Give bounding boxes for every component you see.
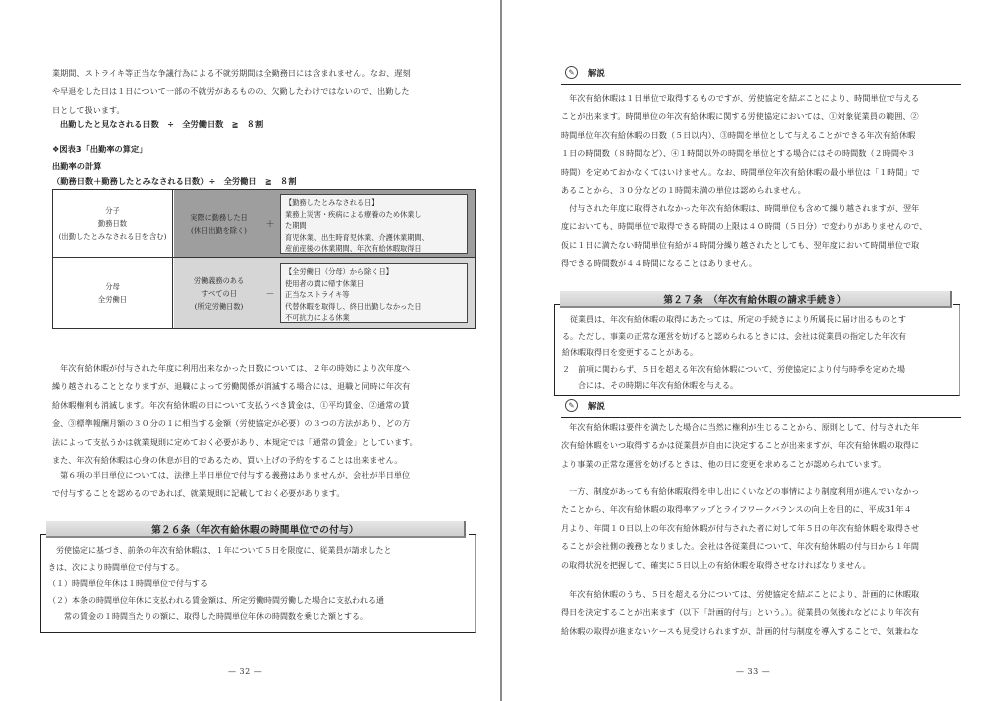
request-rights-paragraph: 年次有給休暇は要件を満たした場合に当然に権利が生じることから、原則として、付与さ… — [561, 418, 919, 473]
middle-line: すべての日 — [201, 287, 237, 300]
attendance-rate-table: 分子 勤務日数 (出勤したとみなされる日を含む) 実際に勤務した日 (休日出勤を… — [52, 189, 476, 329]
planned-grant-paragraph: 年次有給休暇のうち、５日を超える分については、労使協定を結ぶことにより、計画的に… — [561, 585, 919, 640]
page-number: — 32 — — [228, 667, 262, 676]
text-line: 次有給休暇をいつ取得するかは従業員が自由に決定することが出来ますが、年次有給休暇… — [561, 436, 919, 454]
article-26: 第２６条（年次有給休暇の時間単位での付与） 労使協定に基づき、前条の年次有給休暇… — [40, 521, 476, 633]
box-line: 正当なストライキ等 — [285, 289, 463, 301]
page-32: 業期間、ストライキ等正当な争議行為による不就労期間は全勤務日には含まれません。な… — [0, 0, 500, 701]
text-line: 給休暇権利も消滅します。年次有給休暇の日について支払うべき賃金は、①平均賃金、②… — [52, 396, 418, 414]
figure-formula: （勤務日数＋勤務したとみなされる日数）÷ 全労働日 ≧ ８割 — [52, 172, 296, 190]
pencil-circle-icon: ✎ — [565, 66, 578, 79]
text-line: 労使協定に基づき、前条の年次有給休暇は、１年について５日を限度に、従業員が請求し… — [48, 543, 392, 560]
text-line: きは、次により時間単位で付与する。 — [48, 560, 392, 577]
text-line: 付与された年度に取得されなかった年次有給休暇は、時間単位も含めて繰り越されますが… — [561, 199, 927, 217]
text-line: 給休暇の取得が進まないケースも見受けられますが、計画的付与制度を導入することで、… — [561, 622, 919, 640]
half-day-paragraph: 第６項の半日単位については、法律上半日単位で付与する義務はありませんが、会社が半… — [52, 466, 410, 503]
text-line: 時間）を定めておかなくてはいけません。なお、時間単位年次有給休暇の最小単位は「１… — [561, 163, 920, 181]
text-line: １日の時間数（８時間など）、④１時間以外の時間を単位とする場合にはその時間数（２… — [561, 144, 920, 162]
denominator-row: 分母 全労働日 労働義務のある すべての日 (所定労働日数) － 【全労働日（分… — [53, 258, 475, 328]
text-line: より事業の正常な運営を妨げるときは、他の日に変更を求めることが認められています。 — [561, 455, 919, 473]
text-line: 年次有給休暇のうち、５日を超える分については、労使協定を結ぶことにより、計画的に… — [561, 585, 919, 603]
excluded-days-box: 【全労働日（分母）から除く日】 使用者の責に帰す休業日 正当なストライキ等 代替… — [280, 263, 468, 323]
text-line: ことが出来ます。時間単位の年次有給休暇に関する労使協定においては、①対象従業員の… — [561, 107, 920, 125]
text-line: 年次有給休暇は１日単位で取得するものですが、労使協定を結ぶことにより、時間単位で… — [561, 89, 920, 107]
text-line: 仮に１日に満たない時間単位有給が４時間分繰り越されたとしても、翌年度において時間… — [561, 236, 927, 254]
text-line: 第６項の半日単位については、法律上半日単位で付与する義務はありませんが、会社が半… — [52, 466, 410, 484]
article-27: 第２７条 （年次有給休暇の請求手続き） 従業員は、年次有給休暇の取得にあたっては… — [554, 291, 960, 396]
numerator-header: 分子 勤務日数 (出勤したとみなされる日を含む) — [53, 190, 173, 257]
box-line: 代替休暇を取得し、終日出勤しなかった日 — [285, 301, 463, 313]
text-line: 得日を決定することが出来ます（以下「計画的付与」という。）。従業員の気後れなどに… — [561, 603, 919, 621]
text-line: 度においても、時間単位で取得できる時間の上限は４０時間（５日分）で変わりがありま… — [561, 217, 927, 235]
box-line: 不可抗力による休業 — [285, 312, 463, 324]
commentary-label: 解説 — [588, 67, 605, 79]
attendance-formula: 出勤したと見なされる日数 ÷ 全労働日数 ≧ ８割 — [60, 115, 263, 133]
frame-corner — [953, 304, 960, 305]
middle-line: 労働義務のある — [194, 274, 244, 287]
article-26-body: 労使協定に基づき、前条の年次有給休暇は、１年について５日を限度に、従業員が請求し… — [48, 543, 392, 626]
text-line: の取得状況を把握して、確実に５日以上の有給休暇を取得させなければなりません。 — [561, 556, 919, 574]
text-line: 一方、制度があっても有給休暇取得を申し出にくいなどの事情により制度利用が進んでい… — [561, 482, 919, 500]
text-line: で付与することを認めるのであれば、就業規則に記載しておく必要があります。 — [52, 484, 410, 502]
box-line: 使用者の責に帰す休業日 — [285, 278, 463, 290]
numerator-row: 分子 勤務日数 (出勤したとみなされる日を含む) 実際に勤務した日 (休日出勤を… — [53, 190, 475, 258]
text-line: 業期間、ストライキ等正当な争議行為による不就労期間は全勤務日には含まれません。な… — [52, 64, 411, 82]
text-line: ることが会社側の義務となりました。会社は各従業員について、年次有給休暇の付与日か… — [561, 537, 919, 555]
box-line: 産前産後の休業期間、年次有給休暇取得日 — [285, 243, 463, 255]
hourly-leave-paragraph: 年次有給休暇は１日単位で取得するものですが、労使協定を結ぶことにより、時間単位で… — [561, 89, 920, 199]
text-line: や早退をした日は１日について一部の不就労があるものの、欠勤したわけではないので、… — [52, 82, 411, 100]
text-line: 給休暇取得日を変更することがある。 — [562, 345, 906, 362]
header-line: 分母 — [105, 280, 120, 293]
middle-line: 実際に勤務した日 — [190, 211, 248, 224]
header-line: 分子 — [105, 204, 120, 217]
plus-operator: ＋ — [262, 190, 278, 257]
commentary-heading: ✎ 解説 — [561, 396, 961, 418]
text-line: あることから、３０分などの１時間未満の単位は認められません。 — [561, 181, 920, 199]
header-line: 全労働日 — [98, 293, 127, 306]
box-line: 育児休業、出生時育児休業、介護休業期間、 — [285, 232, 463, 244]
minus-operator: － — [262, 258, 278, 328]
text-line: たことから、年次有給休暇の取得率アップとライフワークバランスの向上を目的に、平成… — [561, 500, 919, 518]
text-line: 時間単位年次有給休暇の日数（５日以内）、③時間を単位として与えることができる年次… — [561, 126, 920, 144]
text-line: 月より、年間１０日以上の年次有給休暇が付与された者に対して年５日の年次有給休暇を… — [561, 519, 919, 537]
intro-paragraph: 業期間、ストライキ等正当な争議行為による不就労期間は全勤務日には含まれません。な… — [52, 64, 411, 119]
box-line: 【勤務したとみなされる日】 — [285, 197, 463, 209]
header-line: 勤務日数 — [98, 217, 127, 230]
mandatory-five-days-paragraph: 一方、制度があっても有給休暇取得を申し出にくいなどの事情により制度利用が進んでい… — [561, 482, 919, 574]
text-line: 得できる時間数が４４時間になることはありません。 — [561, 254, 927, 272]
text-line: 繰り越されることとなりますが、退職によって労働関係が消滅する場合には、退職と同時… — [52, 377, 418, 395]
text-line: 法によって支払うかは就業規則に定めておく必要があり、本規定では「通常の賃金」とし… — [52, 433, 418, 451]
denominator-header: 分母 全労働日 — [53, 258, 173, 328]
pencil-circle-icon: ✎ — [565, 399, 578, 412]
article-27-title: 第２７条 （年次有給休暇の請求手続き） — [560, 291, 952, 308]
text-line: ２ 前項に関わらず、５日を超える年次有給休暇について、労使協定により付与時季を定… — [562, 362, 906, 379]
hourly-carryover-paragraph: 付与された年度に取得されなかった年次有給休暇は、時間単位も含めて繰り越されますが… — [561, 199, 927, 273]
text-line: 年次有給休暇が付与された年度に利用出来なかった日数については、２年の時効により次… — [52, 359, 418, 377]
header-line: (出勤したとみなされる日を含む) — [59, 230, 167, 243]
page-number: — 33 — — [736, 667, 770, 676]
article-27-body: 従業員は、年次有給休暇の取得にあたっては、所定の手続きにより所属長に届け出るもの… — [562, 312, 906, 395]
middle-line: (休日出勤を除く) — [191, 224, 247, 237]
deemed-work-days-box: 【勤務したとみなされる日】 業務上災害・疾病による療養のため休業し た期間 育児… — [280, 194, 468, 254]
box-line: 業務上災害・疾病による療養のため休業し — [285, 209, 463, 221]
frame-corner — [469, 534, 476, 535]
text-line: （１）時間単位年休は１時間単位で付与する — [48, 576, 392, 593]
denominator-detail: 労働義務のある すべての日 (所定労働日数) － 【全労働日（分母）から除く日】… — [174, 258, 475, 328]
middle-line: (所定労働日数) — [195, 300, 244, 313]
page-33: ✎ 解説 年次有給休暇は１日単位で取得するものですが、労使協定を結ぶことにより、… — [502, 0, 1000, 701]
text-line: 常の賃金の１時間当たりの額に、取得した時間単位年休の時間数を乗じた額とする。 — [48, 609, 392, 626]
commentary-label: 解説 — [588, 400, 605, 412]
text-line: （２）本条の時間単位年休に支払われる賃金額は、所定労働時間労働した場合に支払われ… — [48, 593, 392, 610]
article-26-title: 第２６条（年次有給休暇の時間単位での付与） — [46, 521, 466, 538]
commentary-heading: ✎ 解説 — [561, 63, 961, 85]
text-line: る。ただし、事業の正常な運営を妨げると認められるときには、会社は従業員の指定した… — [562, 329, 906, 346]
box-line: 【全労働日（分母）から除く日】 — [285, 266, 463, 278]
actual-work-days: 実際に勤務した日 (休日出勤を除く) — [174, 190, 264, 257]
text-line: 合には、その時期に年次有給休暇を与える。 — [562, 378, 906, 395]
document-spread: 業期間、ストライキ等正当な争議行為による不就労期間は全勤務日には含まれません。な… — [0, 0, 1000, 701]
figure-title: ❖図表3「出勤率の算定」 — [52, 140, 148, 158]
text-line: 年次有給休暇は要件を満たした場合に当然に権利が生じることから、原則として、付与さ… — [561, 418, 919, 436]
text-line: 従業員は、年次有給休暇の取得にあたっては、所定の手続きにより所属長に届け出るもの… — [562, 312, 906, 329]
numerator-detail: 実際に勤務した日 (休日出勤を除く) ＋ 【勤務したとみなされる日】 業務上災害… — [174, 190, 475, 257]
carryover-paragraph: 年次有給休暇が付与された年度に利用出来なかった日数については、２年の時効により次… — [52, 359, 418, 469]
text-line: 金、③標準報酬月額の３０分の１に相当する金額（労使協定が必要）の３つの方法があり… — [52, 414, 418, 432]
box-line: た期間 — [285, 220, 463, 232]
scheduled-work-days: 労働義務のある すべての日 (所定労働日数) — [174, 258, 264, 328]
